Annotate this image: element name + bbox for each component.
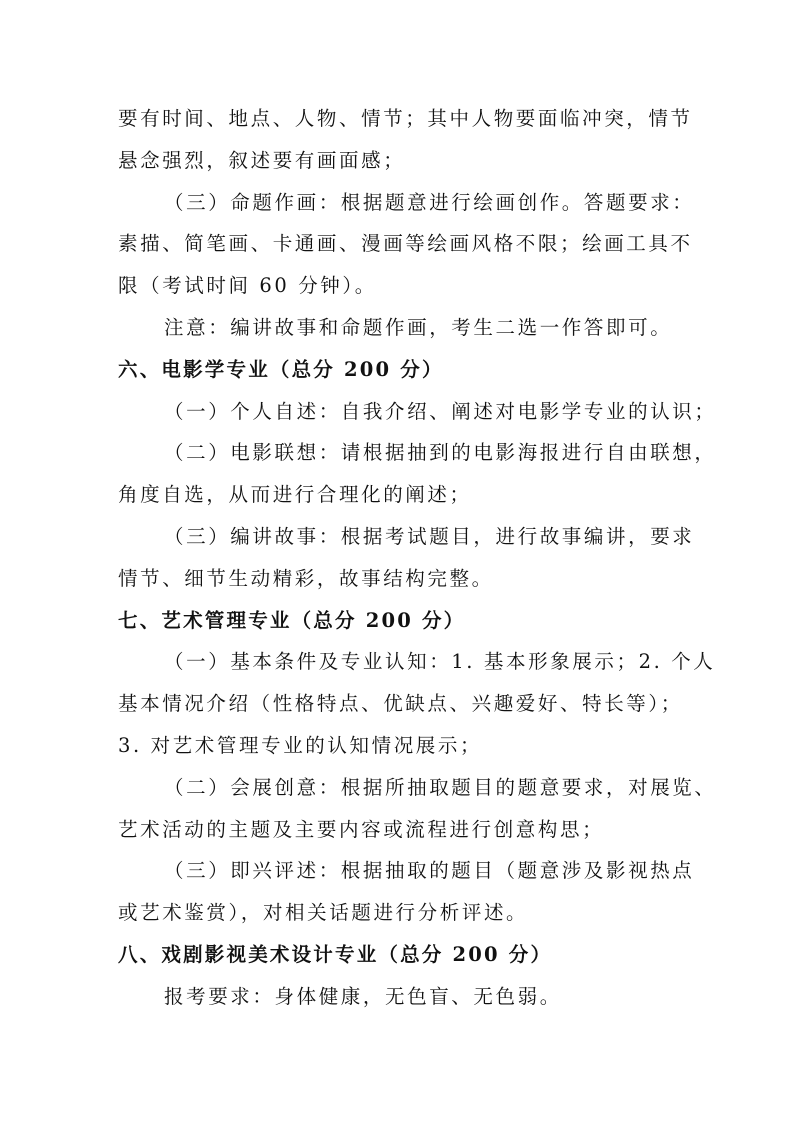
paragraph-line: 素描、简笔画、卡通画、漫画等绘画风格不限；绘画工具不 [118, 223, 678, 265]
paragraph-line: 悬念强烈，叙述要有画面感； [118, 140, 678, 182]
paragraph-line: （一）基本条件及专业认知：1. 基本形象展示；2. 个人 [118, 641, 678, 683]
paragraph-line: （二）电影联想：请根据抽到的电影海报进行自由联想， [118, 432, 678, 474]
section-heading-arts-management: 七、艺术管理专业（总分 200 分） [118, 600, 678, 642]
paragraph-line: 情节、细节生动精彩，故事结构完整。 [118, 558, 678, 600]
document-page: 要有时间、地点、人物、情节；其中人物要面临冲突，情节 悬念强烈，叙述要有画面感；… [118, 98, 678, 1018]
paragraph-line: （三）即兴评述：根据抽取的题目（题意涉及影视热点 [118, 850, 678, 892]
paragraph-line: 或艺术鉴赏），对相关话题进行分析评述。 [118, 892, 678, 934]
paragraph-line: 报考要求：身体健康，无色盲、无色弱。 [118, 976, 678, 1018]
paragraph-line: 基本情况介绍（性格特点、优缺点、兴趣爱好、特长等）； [118, 683, 678, 725]
paragraph-line: 角度自选，从而进行合理化的阐述； [118, 474, 678, 516]
paragraph-line: （三）编讲故事：根据考试题目，进行故事编讲，要求 [118, 516, 678, 558]
paragraph-line: 限（考试时间 60 分钟）。 [118, 265, 678, 307]
paragraph-line: 要有时间、地点、人物、情节；其中人物要面临冲突，情节 [118, 98, 678, 140]
paragraph-line: 3. 对艺术管理专业的认知情况展示； [118, 725, 678, 767]
note-line: 注意：编讲故事和命题作画，考生二选一作答即可。 [118, 307, 678, 349]
section-heading-stage-art-design: 八、戏剧影视美术设计专业（总分 200 分） [118, 934, 678, 976]
paragraph-line: （三）命题作画：根据题意进行绘画创作。答题要求： [118, 182, 678, 224]
paragraph-line: （一）个人自述：自我介绍、阐述对电影学专业的认识； [118, 391, 678, 433]
paragraph-line: 艺术活动的主题及主要内容或流程进行创意构思； [118, 809, 678, 851]
paragraph-line: （二）会展创意：根据所抽取题目的题意要求，对展览、 [118, 767, 678, 809]
section-heading-film-studies: 六、电影学专业（总分 200 分） [118, 349, 678, 391]
